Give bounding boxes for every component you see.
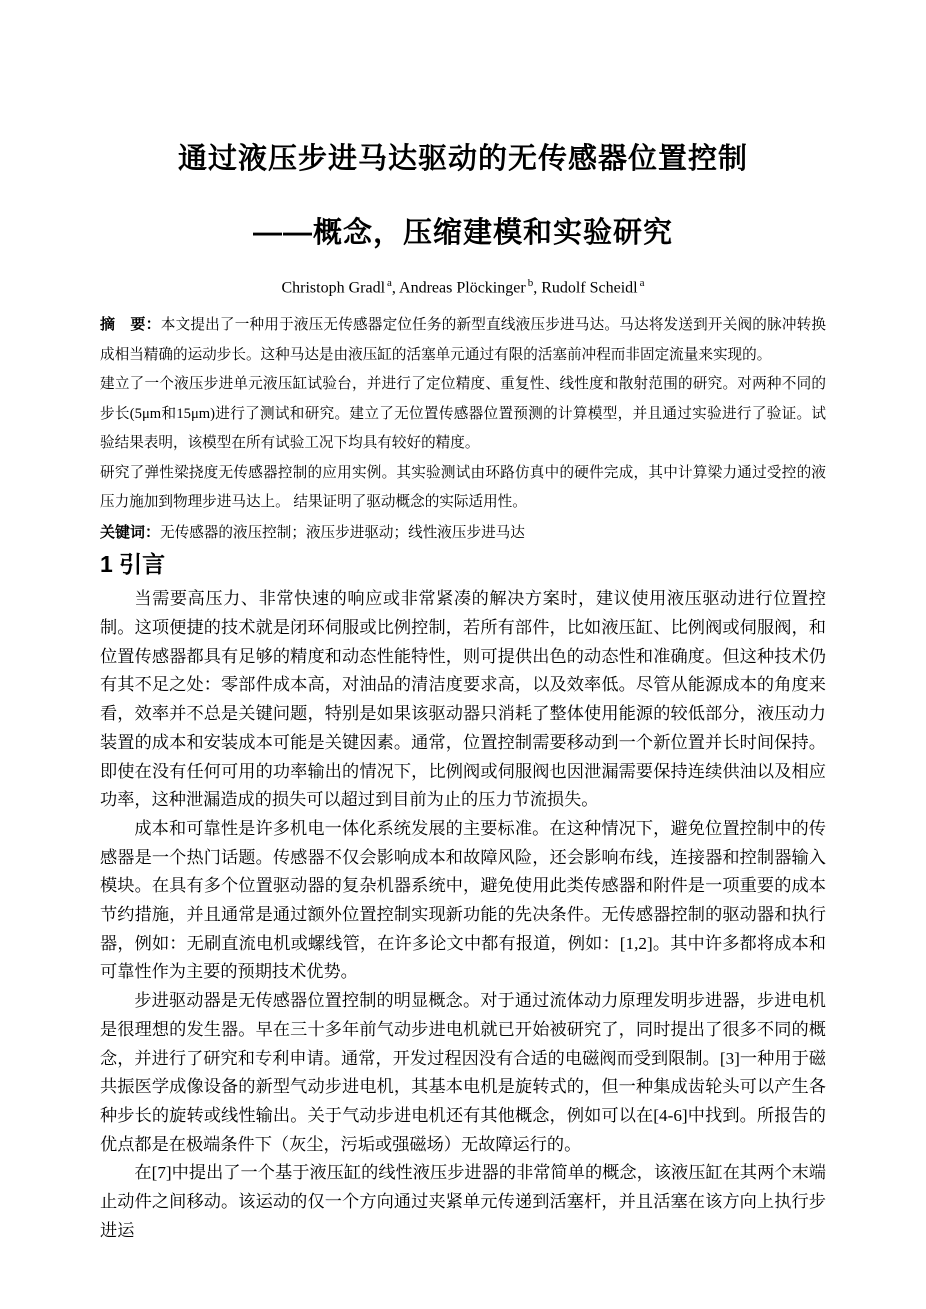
keywords-text: 无传感器的液压控制；液压步进驱动；线性液压步进马达 — [160, 525, 525, 541]
paper-subtitle: ——概念，压缩建模和实验研究 — [100, 216, 826, 250]
document-page: 通过液压步进马达驱动的无传感器位置控制 ——概念，压缩建模和实验研究 Chris… — [0, 0, 926, 1309]
introduction-section: 当需要高压力、非常快速的响应或非常紧凑的解决方案时，建议使用液压驱动进行位置控制… — [100, 585, 826, 1245]
abstract-paragraph: 建立了一个液压步进单元液压缸试验台，并进行了定位精度、重复性、线性度和散射范围的… — [100, 370, 826, 459]
intro-paragraph: 成本和可靠性是许多机电一体化系统发展的主要标准。在这种情况下，避免位置控制中的传… — [100, 815, 826, 987]
author-separator: , — [392, 279, 399, 296]
intro-paragraph: 步进驱动器是无传感器位置控制的明显概念。对于通过流体动力原理发明步进器，步进电机… — [100, 987, 826, 1159]
keywords-label: 关键词： — [100, 524, 160, 541]
author-name: Andreas Plöckinger — [399, 279, 526, 296]
keywords-line: 关键词：无传感器的液压控制；液压步进驱动；线性液压步进马达 — [100, 518, 826, 549]
abstract-section: 摘 要：本文提出了一种用于液压无传感器定位任务的新型直线液压步进马达。马达将发送… — [100, 310, 826, 518]
author-separator: , — [533, 279, 541, 296]
author-name: Christoph Gradl — [281, 279, 385, 296]
intro-paragraph: 当需要高压力、非常快速的响应或非常紧凑的解决方案时，建议使用液压驱动进行位置控制… — [100, 585, 826, 815]
intro-paragraph: 在[7]中提出了一个基于液压缸的线性液压步进器的非常简单的概念，该液压缸在其两个… — [100, 1159, 826, 1245]
abstract-label: 摘 要： — [100, 316, 161, 333]
abstract-paragraph: 摘 要：本文提出了一种用于液压无传感器定位任务的新型直线液压步进马达。马达将发送… — [100, 310, 826, 370]
paper-title: 通过液压步进马达驱动的无传感器位置控制 — [100, 142, 826, 176]
author-name: Rudolf Scheidl — [541, 279, 637, 296]
author-affiliation-superscript: a — [640, 277, 645, 289]
abstract-text: 本文提出了一种用于液压无传感器定位任务的新型直线液压步进马达。马达将发送到开关阀… — [100, 317, 826, 363]
abstract-paragraph: 研究了弹性梁挠度无传感器控制的应用实例。其实验测试由环路仿真中的硬件完成，其中计… — [100, 459, 826, 518]
authors-line: Christoph Gradla, Andreas Plöckingerb, R… — [100, 277, 826, 297]
section-1-heading: 1 引言 — [100, 550, 826, 578]
